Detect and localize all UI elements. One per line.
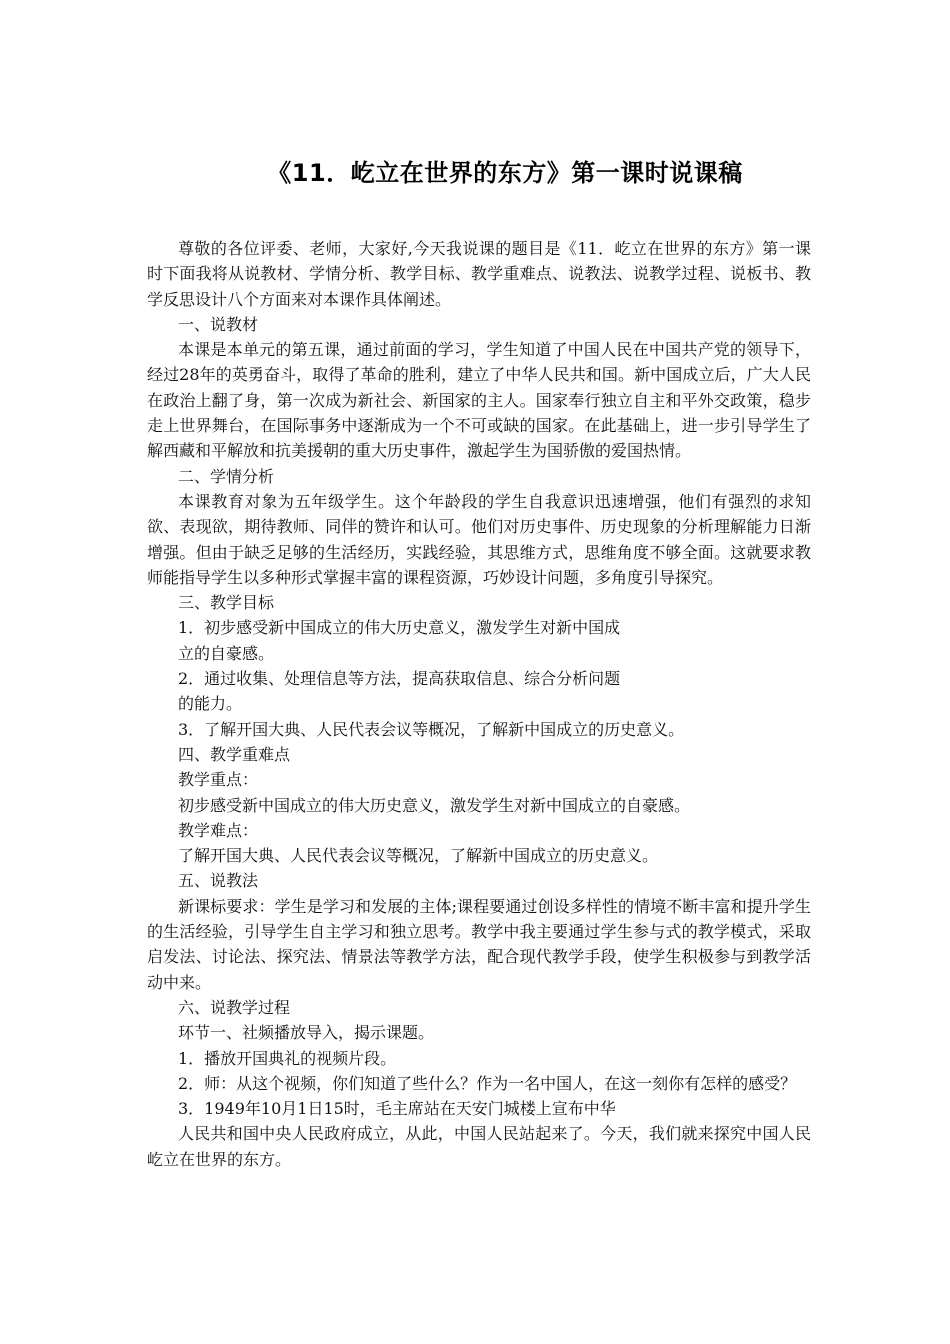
section-heading-objectives: 三、教学目标	[147, 590, 811, 615]
section-heading-teaching-method: 五、说教法	[147, 868, 811, 893]
objective-item-continued: 的能力。	[147, 691, 811, 716]
student-analysis-paragraph: 本课教育对象为五年级学生。这个年龄段的学生自我意识迅速增强，他们有强烈的求知欲、…	[147, 489, 811, 590]
objective-item: 3．了解开国大典、人民代表会议等概况，了解新中国成立的历史意义。	[147, 717, 811, 742]
objective-item-continued: 立的自豪感。	[147, 641, 811, 666]
difficulty-text: 了解开国大典、人民代表会议等概况，了解新中国成立的历史意义。	[147, 843, 811, 868]
key-point-text: 初步感受新中国成立的伟大历史意义，激发学生对新中国成立的自豪感。	[147, 793, 811, 818]
section-heading-key-points: 四、教学重难点	[147, 742, 811, 767]
textbook-paragraph: 本课是本单元的第五课，通过前面的学习，学生知道了中国人民在中国共产党的领导下，经…	[147, 337, 811, 463]
section-heading-student-analysis: 二、学情分析	[147, 464, 811, 489]
document-title: 《11．屹立在世界的东方》第一课时说课稿	[0, 153, 950, 188]
process-step-heading: 环节一、社频播放导入，揭示课题。	[147, 1020, 811, 1045]
objective-item: 1．初步感受新中国成立的伟大历史意义，激发学生对新中国成	[147, 615, 811, 640]
section-heading-teaching-process: 六、说教学过程	[147, 995, 811, 1020]
intro-paragraph: 尊敬的各位评委、老师，大家好,今天我说课的题目是《11．屹立在世界的东方》第一课…	[147, 236, 811, 312]
process-step-continued: 人民共和国中央人民政府成立，从此，中国人民站起来了。今天，我们就来探究中国人民屹…	[147, 1121, 811, 1172]
teaching-method-paragraph: 新课标要求：学生是学习和发展的主体;课程要通过创设多样性的情境不断丰富和提升学生…	[147, 894, 811, 995]
process-step-item: 3．1949年10月1日15时，毛主席站在天安门城楼上宣布中华	[147, 1096, 811, 1121]
section-heading-textbook: 一、说教材	[147, 312, 811, 337]
key-point-label: 教学重点：	[147, 767, 811, 792]
process-step-item: 2．师：从这个视频，你们知道了些什么？作为一名中国人，在这一刻你有怎样的感受？	[147, 1071, 811, 1096]
document-body: 尊敬的各位评委、老师，大家好,今天我说课的题目是《11．屹立在世界的东方》第一课…	[147, 236, 811, 1172]
difficulty-label: 教学难点：	[147, 818, 811, 843]
objective-item: 2．通过收集、处理信息等方法，提高获取信息、综合分析问题	[147, 666, 811, 691]
process-step-item: 1．播放开国典礼的视频片段。	[147, 1046, 811, 1071]
document-page: 《11．屹立在世界的东方》第一课时说课稿 尊敬的各位评委、老师，大家好,今天我说…	[0, 0, 950, 1344]
